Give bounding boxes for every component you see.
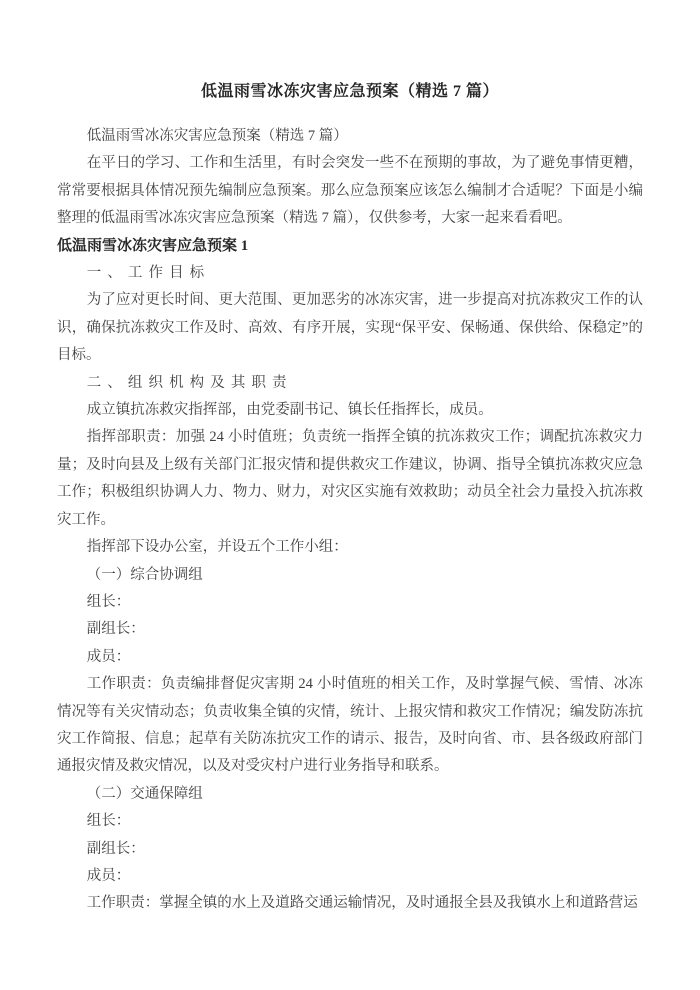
paragraph: 组长：	[57, 589, 643, 616]
paragraph: 为了应对更长时间、更大范围、更加恶劣的冰冻灾害，进一步提高对抗冻救灾工作的认识，…	[57, 287, 643, 369]
subsection-heading: 一、工作目标	[57, 260, 643, 287]
paragraph: 工作职责：负责编排督促灾害期 24 小时值班的相关工作，及时掌握气候、雪情、冰冻…	[57, 671, 643, 781]
paragraph: （一）综合协调组	[57, 562, 643, 589]
paragraph: 成员：	[57, 644, 643, 671]
document-title: 低温雨雪冰冻灾害应急预案（精选 7 篇）	[57, 77, 643, 107]
paragraph: 低温雨雪冰冻灾害应急预案（精选 7 篇）	[57, 123, 643, 150]
document-page: 低温雨雪冰冻灾害应急预案（精选 7 篇） 低温雨雪冰冻灾害应急预案（精选 7 篇…	[0, 0, 700, 990]
paragraph: 指挥部下设办公室，并设五个工作小组：	[57, 534, 643, 561]
paragraph: 在平日的学习、工作和生活里，有时会突发一些不在预期的事故，为了避免事情更糟，常常…	[57, 150, 643, 232]
section-heading: 低温雨雪冰冻灾害应急预案 1	[57, 233, 643, 260]
paragraph: 副组长：	[57, 616, 643, 643]
document-body: 低温雨雪冰冻灾害应急预案（精选 7 篇）在平日的学习、工作和生活里，有时会突发一…	[57, 123, 643, 918]
paragraph: 指挥部职责：加强 24 小时值班；负责统一指挥全镇的抗冻救灾工作；调配抗冻救灾力…	[57, 424, 643, 534]
paragraph: 副组长：	[57, 836, 643, 863]
paragraph: 成立镇抗冻救灾指挥部，由党委副书记、镇长任指挥长，成员。	[57, 397, 643, 424]
paragraph: 成员：	[57, 863, 643, 890]
paragraph: 组长：	[57, 808, 643, 835]
subsection-heading: 二、组织机构及其职责	[57, 370, 643, 397]
paragraph: （二）交通保障组	[57, 781, 643, 808]
paragraph: 工作职责：掌握全镇的水上及道路交通运输情况，及时通报全县及我镇水上和道路营运	[57, 890, 643, 917]
